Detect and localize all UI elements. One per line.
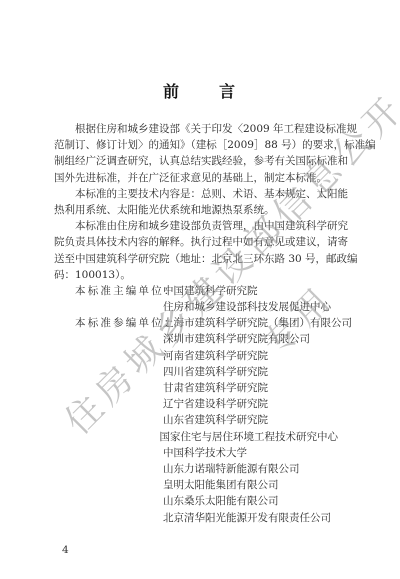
- text-line: 院负责具体技术内容的解释。执行过程中如有意见或建议，请寄: [54, 234, 338, 250]
- org-unit: 甘肃省建筑科学研究院: [163, 380, 338, 396]
- document-body: 根据住房和城乡建设部《关于印发〈2009 年工程建设标准规 范制订、修订计划〉的…: [54, 121, 338, 526]
- title-char-2: 言: [219, 79, 237, 102]
- text-line: 送至中国建筑科学研究院（地址：北京北三环东路 30 号，邮政编: [54, 251, 338, 267]
- org-unit: 上海市建筑科学研究院（集团）有限公司: [163, 315, 352, 331]
- org-unit: 国家住宅与居住环境工程技术研究中心: [160, 429, 339, 445]
- page-number: 4: [62, 544, 69, 556]
- paragraph-content: 本标准的主要技术内容是：总则、术语、基本规定、太阳能 热利用系统、太阳能光伏系统…: [54, 186, 338, 218]
- paragraph-management: 本标准由住房和城乡建设部负责管理，由中国建筑科学研究 院负责具体技术内容的解释。…: [54, 218, 338, 283]
- org-unit: 辽宁省建设科学研究院: [163, 396, 338, 412]
- participant-label: 本标准参编单位：: [54, 315, 163, 331]
- org-unit: 深圳市建筑科学研究院有限公司: [163, 331, 338, 347]
- org-unit: 河南省建筑科学研究院: [163, 348, 338, 364]
- org-unit: 中国建筑科学研究院: [163, 283, 338, 299]
- text-line: 根据住房和城乡建设部《关于印发〈2009 年工程建设标准规: [54, 121, 338, 137]
- paragraph-basis: 根据住房和城乡建设部《关于印发〈2009 年工程建设标准规 范制订、修订计划〉的…: [54, 121, 338, 186]
- text-line: 制组经广泛调查研究，认真总结实践经验，参考有关国际标准和: [54, 153, 338, 169]
- org-unit: 住房和城乡建设部科技发展促进中心: [163, 299, 338, 315]
- text-line: 范制订、修订计划〉的通知》（建标［2009］88 号）的要求，标准编: [54, 137, 338, 153]
- text-line: 本标准由住房和城乡建设部负责管理，由中国建筑科学研究: [54, 218, 338, 234]
- org-unit: 山东力诺瑞特新能源有限公司: [163, 461, 338, 477]
- page-title: 前言: [0, 79, 400, 102]
- chief-editor-section: 本标准主编单位： 中国建筑科学研究院 住房和城乡建设部科技发展促进中心: [54, 283, 338, 315]
- org-unit: 山东省建筑科学研究院: [163, 412, 338, 428]
- org-unit: 北京清华阳光能源开发有限责任公司: [163, 510, 338, 526]
- text-line: 码：100013）。: [54, 267, 338, 283]
- chief-editor-label: 本标准主编单位：: [54, 283, 163, 299]
- org-unit: 中国科学技术大学: [163, 445, 338, 461]
- org-unit: 皇明太阳能集团有限公司: [163, 477, 338, 493]
- text-line: 本标准的主要技术内容是：总则、术语、基本规定、太阳能: [54, 186, 338, 202]
- text-line: 热利用系统、太阳能光伏系统和地源热泵系统。: [54, 202, 338, 218]
- participant-section: 本标准参编单位： 上海市建筑科学研究院（集团）有限公司 深圳市建筑科学研究院有限…: [54, 315, 338, 525]
- org-unit: 四川省建筑科学研究院: [163, 364, 338, 380]
- title-char-1: 前: [163, 79, 181, 102]
- org-unit: 山东桑乐太阳能有限公司: [163, 493, 338, 509]
- text-line: 国外先进标准，并在广泛征求意见的基础上，制定本标准。: [54, 170, 338, 186]
